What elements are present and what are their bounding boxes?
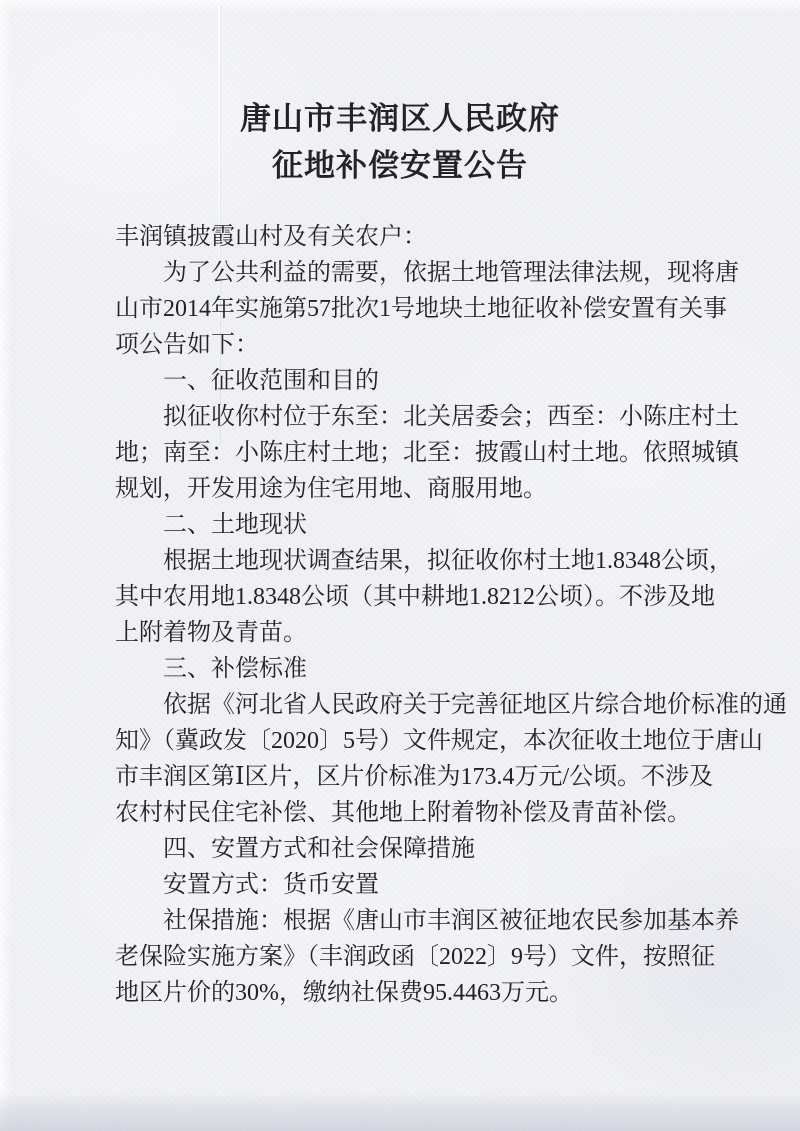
body-line: 项公告如下： bbox=[115, 327, 697, 363]
body-line: 农村村民住宅补偿、其他地上附着物补偿及青苗补偿。 bbox=[115, 795, 697, 831]
body-line: 市丰润区第Ⅰ区片，区片价标准为173.4万元/公顷。不涉及 bbox=[115, 759, 697, 795]
title-line-authority: 唐山市丰润区人民政府 bbox=[0, 95, 800, 142]
body-line: 安置方式：货币安置 bbox=[115, 867, 697, 903]
title-line-subject: 征地补偿安置公告 bbox=[0, 142, 800, 189]
body-line: 山市2014年实施第57批次1号地块土地征收补偿安置有关事 bbox=[115, 291, 697, 327]
body-line: 根据土地现状调查结果，拟征收你村土地1.8348公顷， bbox=[115, 543, 697, 579]
body-line: 规划，开发用途为住宅用地、商服用地。 bbox=[115, 471, 697, 507]
document-title: 唐山市丰润区人民政府 征地补偿安置公告 bbox=[0, 0, 800, 189]
body-line: 老保险实施方案》（丰润政函〔2022〕9号）文件，按照征 bbox=[115, 939, 697, 975]
body-line: 为了公共利益的需要，依据土地管理法律法规，现将唐 bbox=[115, 255, 697, 291]
body-line: 地；南至：小陈庄村土地；北至：披霞山村土地。依照城镇 bbox=[115, 435, 697, 471]
scan-bottom-edge-shadow bbox=[0, 1093, 800, 1131]
body-line-section-1-heading: 一、征收范围和目的 bbox=[115, 363, 697, 399]
body-line: 社保措施：根据《唐山市丰润区被征地农民参加基本养 bbox=[115, 903, 697, 939]
body-line-section-2-heading: 二、土地现状 bbox=[115, 507, 697, 543]
body-line: 依据《河北省人民政府关于完善征地区片综合地价标准的通 bbox=[115, 687, 697, 723]
scanned-document-page: 唐山市丰润区人民政府 征地补偿安置公告 丰润镇披霞山村及有关农户： 为了公共利益… bbox=[0, 0, 800, 1131]
document-body: 丰润镇披霞山村及有关农户： 为了公共利益的需要，依据土地管理法律法规，现将唐 山… bbox=[115, 219, 697, 1011]
body-line-section-4-heading: 四、安置方式和社会保障措施 bbox=[115, 831, 697, 867]
body-line: 拟征收你村位于东至：北关居委会；西至：小陈庄村土 bbox=[115, 399, 697, 435]
body-line: 其中农用地1.8348公顷（其中耕地1.8212公顷）。不涉及地 bbox=[115, 579, 697, 615]
body-line-salutation: 丰润镇披霞山村及有关农户： bbox=[115, 219, 697, 255]
body-line-section-3-heading: 三、补偿标准 bbox=[115, 651, 697, 687]
body-line: 上附着物及青苗。 bbox=[115, 615, 697, 651]
body-line: 知》（冀政发〔2020〕5号）文件规定，本次征收土地位于唐山 bbox=[115, 723, 697, 759]
body-line: 地区片价的30%，缴纳社保费95.4463万元。 bbox=[115, 975, 697, 1011]
